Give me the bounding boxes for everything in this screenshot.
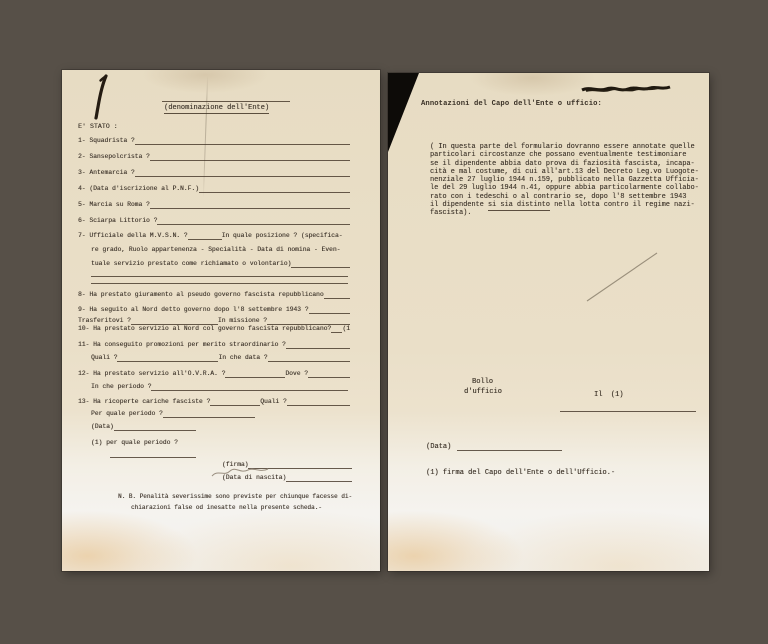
question-11: 11- Ha conseguito promozioni per merito …	[78, 341, 350, 349]
question-1: 1- Squadrista ?	[78, 137, 350, 145]
question-2: 2- Sansepolcrista ?	[78, 153, 350, 161]
paragraph-line: cità e mal costume, di cui all'art.13 de…	[430, 168, 706, 176]
crossed-out-text-scribble	[580, 82, 672, 96]
question-label-cont: re grado, Ruolo appartenenza - Specialit…	[91, 246, 340, 254]
paragraph-line: fascista).	[430, 209, 706, 217]
answer-line	[324, 292, 350, 299]
annotazioni-header: Annotazioni del Capo dell'Ente o ufficio…	[421, 100, 602, 109]
data-label: (Data)	[426, 443, 451, 451]
footnote-ref: (1	[342, 325, 350, 333]
question-7-line2: re grado, Ruolo appartenenza - Specialit…	[91, 246, 340, 254]
paragraph-text: il dipendente	[430, 201, 488, 209]
question-label: 7- Ufficiale della M.V.S.N. ?	[78, 232, 188, 240]
nb-note-line1: N. B. Penalità severissime sono previste…	[118, 493, 352, 500]
question-6: 6- Sciarpa Littorio ?	[78, 217, 350, 225]
nb-note-line2: chiarazioni false od inesatte nella pres…	[131, 504, 322, 511]
question-7-line3: tuale servizio prestato come richiamato …	[91, 260, 350, 268]
nb-text: chiarazioni false od inesatte nella pres…	[131, 504, 322, 511]
nb-text: N. B. Penalità severissime sono previste…	[118, 493, 352, 500]
question-label: 4- (Data d'iscrizione al P.N.F.)	[78, 185, 199, 193]
intro-e-stato: E' STATO :	[78, 123, 118, 131]
question-label-cont: In quale posizione ? (specifica-	[222, 232, 343, 240]
question-label: 9- Ha seguito al Nord detto governo dopo…	[78, 306, 309, 314]
question-7: 7- Ufficiale della M.V.S.N. ?In quale po…	[78, 232, 350, 240]
question-10: 10- Ha prestato servizio al Nord col gov…	[78, 325, 350, 333]
bollo-label-line1: Bollo	[472, 378, 493, 386]
caption-text: (denominazione dell'Ente)	[164, 104, 269, 114]
question-label: 1- Squadrista ?	[78, 137, 135, 145]
folded-corner-black-wedge	[388, 73, 419, 152]
right-page: Annotazioni del Capo dell'Ente o ufficio…	[388, 73, 709, 571]
footnote-text: (1) firma del Capo dell'Ente o dell'Uffi…	[426, 469, 615, 477]
paragraph-text: nella lotta contro il regime nazi-	[550, 201, 695, 209]
answer-line	[135, 138, 350, 145]
question-label: 12- Ha prestato servizio all'O.V.R.A. ?	[78, 370, 225, 378]
answer-line	[188, 233, 222, 240]
intro-text: E' STATO :	[78, 123, 118, 131]
answer-line	[114, 424, 196, 431]
paragraph-line: se il dipendente abbia dato prova di faz…	[430, 160, 706, 168]
data-row: (Data)	[91, 423, 196, 431]
handwritten-page-number	[90, 73, 112, 121]
answer-line	[199, 186, 350, 193]
footnote-text: (1) per quale periodo ?	[91, 439, 178, 447]
answer-line	[151, 384, 348, 391]
signature-line-short	[110, 457, 196, 458]
answer-line	[308, 371, 350, 378]
il-text: Il (1)	[594, 391, 623, 399]
question-label: 8- Ha prestato giuramento al pseudo gove…	[78, 291, 324, 299]
answer-line	[291, 261, 350, 268]
question-4: 4- (Data d'iscrizione al P.N.F.)	[78, 185, 350, 193]
date-line	[457, 444, 562, 451]
question-label: In che periodo ?	[91, 383, 151, 391]
ente-name-line	[162, 101, 290, 102]
caption-denominazione: (denominazione dell'Ente)	[164, 104, 269, 114]
bollo-text: d'ufficio	[464, 388, 502, 396]
answer-line	[309, 307, 350, 314]
bollo-text: Bollo	[472, 378, 493, 386]
answer-line	[117, 355, 218, 362]
question-label: In missione ?	[218, 317, 267, 325]
scanned-document-viewer: (denominazione dell'Ente) E' STATO : 1- …	[0, 0, 768, 644]
answer-line	[135, 170, 350, 177]
left-page: (denominazione dell'Ente) E' STATO : 1- …	[62, 70, 380, 571]
question-label: 2- Sansepolcrista ?	[78, 153, 150, 161]
question-12: 12- Ha prestato servizio all'O.V.R.A. ?D…	[78, 370, 350, 378]
question-label: 3- Antemarcia ?	[78, 169, 135, 177]
answer-line-full	[91, 283, 348, 284]
paragraph-line: rato con i tedeschi o al contrario se, d…	[430, 193, 706, 201]
question-label: Per quale periodo ?	[91, 410, 163, 418]
underlined-text: si sia distinto	[488, 201, 550, 211]
question-label: 11- Ha conseguito promozioni per merito …	[78, 341, 286, 349]
answer-line	[287, 399, 350, 406]
question-label: 13- Ha ricoperte cariche fasciste ?	[78, 398, 210, 406]
signature-line	[560, 411, 696, 412]
question-13-line2: Per quale periodo ?	[91, 410, 255, 418]
data-label: (Data)	[91, 423, 114, 431]
data-nascita-row: (Data di nascita)	[222, 474, 352, 482]
question-label: 6- Sciarpa Littorio ?	[78, 217, 157, 225]
question-8: 8- Ha prestato giuramento al pseudo gove…	[78, 291, 350, 299]
question-label: Dove ?	[285, 370, 308, 378]
footnote-row: (1) firma del Capo dell'Ente o dell'Uffi…	[426, 469, 615, 477]
paragraph-line: particolari circostanze che possano even…	[430, 151, 706, 159]
paragraph-line: nenziale 27 luglio 1944 n.159, pubblicat…	[430, 176, 706, 184]
answer-line	[150, 202, 350, 209]
question-label: In che data ?	[218, 354, 267, 362]
answer-line	[163, 411, 255, 418]
answer-line	[157, 218, 350, 225]
question-label: Trasferitovi ?	[78, 317, 131, 325]
annotazioni-header-text: Annotazioni del Capo dell'Ente o ufficio…	[421, 100, 602, 109]
question-9: 9- Ha seguito al Nord detto governo dopo…	[78, 306, 350, 314]
question-13: 13- Ha ricoperte cariche fasciste ?Quali…	[78, 398, 350, 406]
answer-line-full	[91, 276, 348, 277]
answer-line	[286, 475, 352, 482]
question-label: Quali ?	[91, 354, 117, 362]
nascita-label: (Data di nascita)	[222, 474, 286, 482]
answer-line	[331, 326, 342, 333]
question-9-line2: Trasferitovi ?In missione ?	[78, 317, 350, 325]
data-row: (Data)	[426, 443, 562, 451]
paragraph-line: ( In questa parte del formulario dovrann…	[430, 143, 706, 151]
answer-line	[131, 318, 218, 325]
question-label-cont: tuale servizio prestato come richiamato …	[91, 260, 291, 268]
question-label: 5- Marcia su Roma ?	[78, 201, 150, 209]
paragraph-line-underlined: il dipendente si sia distinto nella lott…	[430, 201, 706, 209]
answer-line	[150, 154, 350, 161]
bollo-label-line2: d'ufficio	[464, 388, 502, 396]
question-12-line2: In che periodo ?	[91, 383, 348, 391]
answer-line	[210, 399, 260, 406]
answer-line	[225, 371, 285, 378]
footnote-question: (1) per quale periodo ?	[91, 439, 178, 447]
question-3: 3- Antemarcia ?	[78, 169, 350, 177]
question-label: 10- Ha prestato servizio al Nord col gov…	[78, 325, 331, 333]
answer-line	[268, 355, 350, 362]
instruction-paragraph: ( In questa parte del formulario dovrann…	[430, 143, 706, 218]
answer-line	[286, 342, 350, 349]
answer-line	[267, 318, 350, 325]
pencil-scratch-mark	[585, 251, 661, 305]
question-5: 5- Marcia su Roma ?	[78, 201, 350, 209]
question-11-line2: Quali ?In che data ?	[91, 354, 350, 362]
paragraph-line: le del 29 luglio 1944 n.41, oppure abbia…	[430, 184, 706, 192]
il-signature-caption: Il (1)	[594, 391, 623, 399]
question-label: Quali ?	[260, 398, 286, 406]
